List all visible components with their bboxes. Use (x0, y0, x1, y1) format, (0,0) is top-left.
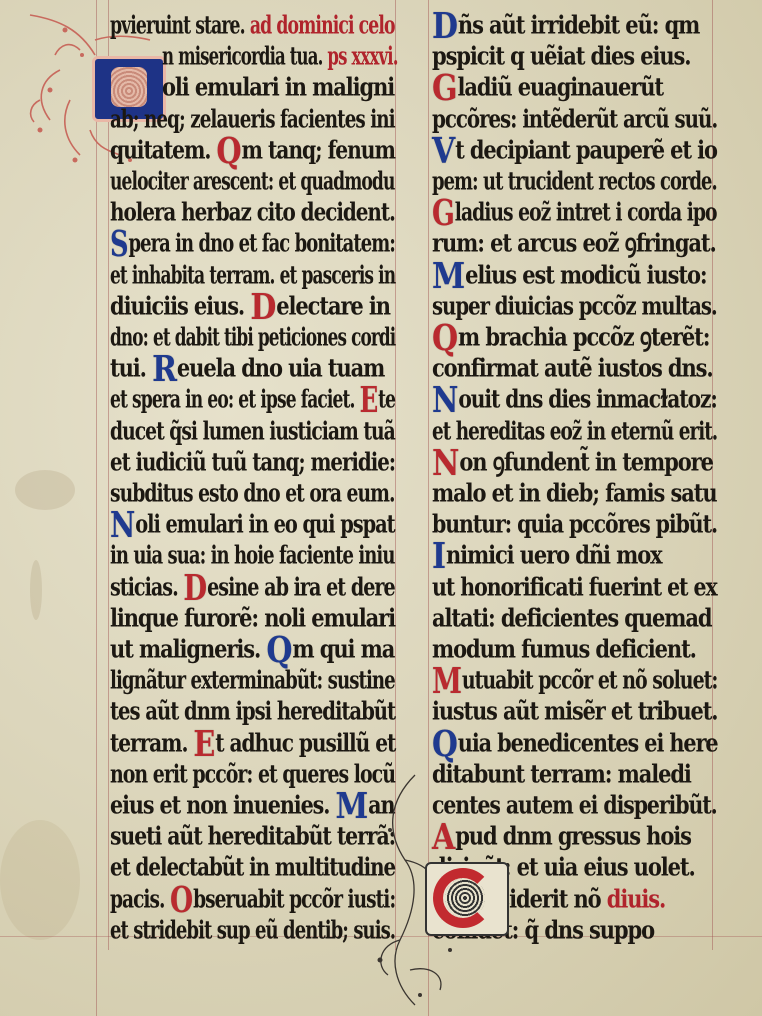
line-text: t adhuc pusillũ et (215, 727, 395, 757)
line-text: rum: et arcus eoz̃ ꝯfringat. (432, 228, 716, 258)
line-text: buntur: quia pccõres pibũt. (432, 509, 717, 539)
line-text: m tanq; fenum (242, 135, 395, 165)
line-text: ab; neq; zelaueris facientes ini (110, 103, 395, 133)
rubric-text: ad dominici celo (250, 10, 395, 40)
line-text: oli emulari in eo qui pspat (135, 509, 394, 539)
line-text: pem: ut trucident rectos corde. (432, 166, 717, 196)
line-text: super diuicias pccõz multas. (432, 291, 717, 321)
line-text: et iudiciũ tuũ tanq; meridie: (110, 447, 395, 477)
line-text: et spera in eo: et ipse faciet. (110, 384, 360, 414)
line-text: pspicit q uẽiat dies eius. (432, 41, 690, 71)
line-text: holera herbaz cito decident. (110, 197, 395, 227)
line-text: sticias. (110, 571, 183, 601)
line-text: et delectabũt in multitudine (110, 852, 395, 882)
line-text: m brachia pccõz ꝯterẽt: (458, 322, 709, 352)
line-text: tui. (110, 353, 152, 383)
line-text: utuabit pccõr et nõ soluet: (462, 665, 718, 695)
line-text: quitatem. (110, 135, 216, 165)
line-text: non erit pccõr: et queres locũ (110, 759, 395, 789)
line-text: subditus esto dno et ora eum. (110, 478, 395, 508)
line-text: euela dno uia tuam (177, 353, 384, 383)
line-text: ladius eoz̃ intret i corda ipo (455, 197, 717, 227)
line-text: ut honorificati fuerint et ex (432, 571, 717, 601)
line-text: t decipiant pauperẽ et io (455, 135, 717, 165)
line-text: n misericordia tua. (162, 41, 327, 71)
line-text: pera in dno et fac bonitatem: (128, 228, 395, 258)
line-text: confirmat autẽ iustos dns. (432, 353, 713, 383)
line-text: pud dnm gressus hois (455, 821, 691, 851)
line-text: oli emulari in maligni (162, 72, 394, 102)
line-text: nimici uero dñi mox (446, 540, 662, 570)
parchment-stain (15, 470, 75, 510)
line-text: sueti aũt hereditabũt terrã: (110, 821, 395, 851)
initial-letter-c (433, 868, 493, 928)
line-text: et stridebit sup eũ dentib; suis. (110, 915, 395, 945)
parchment-stain (0, 820, 80, 940)
line-text: pvieruint stare. (110, 10, 250, 40)
line-text: tes aũt dnm ipsi hereditabũt (110, 696, 395, 726)
line-text: esine ab ira et dere (207, 571, 395, 601)
line-text: uelociter arescent: et quadmodu (110, 166, 395, 196)
parchment-stain (30, 560, 42, 620)
line-text: terram. (110, 727, 193, 757)
rubric-text: ps xxxvi. (327, 41, 397, 71)
manuscript-page: pvieruint stare. ad dominici celon miser… (0, 0, 762, 1016)
illuminated-initial-c (425, 862, 509, 936)
rubric-text: diuis. (607, 883, 665, 913)
line-text: lignãtur exterminabũt: sustine (110, 665, 395, 695)
line-text: pccõres: intẽderũt arcũ suũ. (432, 103, 717, 133)
line-text: electare in (276, 291, 390, 321)
line-text: modum fumus deficient. (432, 634, 696, 664)
line-text: on ꝯfundent̃ in tempore (459, 447, 713, 477)
line-text: ñs aũt irridebit eũ: qm (458, 10, 699, 40)
line-text: iustus aũt misẽr et tribuet. (432, 696, 717, 726)
line-text: altati: deficientes quemad (432, 603, 712, 633)
line-text: elius est modicũ iusto: (465, 259, 706, 289)
line-text: in uia sua: in hoie faciente iniu (110, 540, 394, 570)
line-text: ladiũ euaginauerũt (458, 72, 663, 102)
line-text: et inhabita terram. et pasceris in (110, 259, 395, 289)
line-text: eius et non inuenies. (110, 790, 336, 820)
line-text: et hereditas eoz̃ in eternũ erit. (432, 415, 717, 445)
text-line: et stridebit sup eũ dentib; suis. (110, 910, 395, 949)
line-text: malo et in dieb; famis satu (432, 478, 717, 508)
line-text: diuiciis eius. (110, 291, 250, 321)
line-text: ducet q̃si lumen iusticiam tuã (110, 415, 395, 445)
line-text: dno: et dabit tibi peticiones cordi (110, 322, 395, 352)
line-text: linque furorẽ: noli emulari (110, 603, 395, 633)
line-text: pacis. (110, 883, 170, 913)
line-text: te (378, 384, 395, 414)
line-text: ouit dns dies inmacɫatoz: (458, 384, 717, 414)
line-text: m qui ma (292, 634, 394, 664)
line-text: uia benedicentes ei here (458, 727, 718, 757)
line-text: ut maligneris. (110, 634, 266, 664)
